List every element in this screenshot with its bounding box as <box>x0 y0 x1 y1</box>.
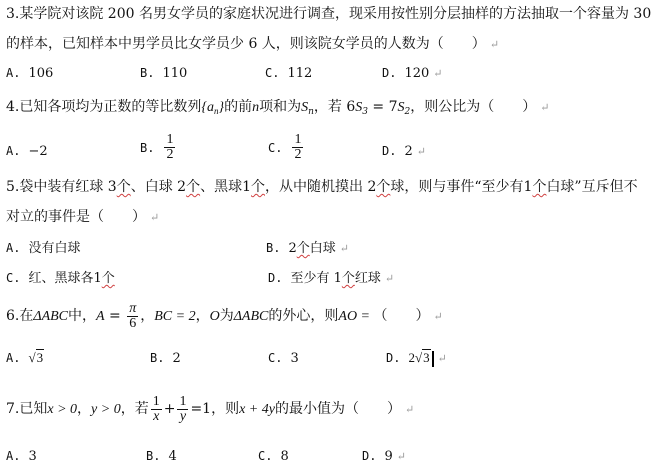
paragraph-mark-icon: ↵ <box>150 211 159 224</box>
q3-text-1: 某学院对该院 200 名男女学员的家庭状况进行调查，现采用按性别分层抽样的方法抽… <box>19 6 651 22</box>
q6-option-d: D.2√3↵ <box>386 350 447 367</box>
fraction: 1x <box>151 395 162 424</box>
paragraph-mark-icon: ↵ <box>397 450 406 463</box>
q3-option-d: D.120↵ <box>382 65 443 82</box>
q5-option-d: D.至少有 1个红球↵ <box>268 270 394 287</box>
q7-option-b: B.4 <box>146 448 177 465</box>
paragraph-mark-icon: ↵ <box>340 242 349 255</box>
q3-line2: 的样本，已知样本中男学员比女学员少 6 人，则该院女学员的人数为（ ）↵ <box>6 36 499 53</box>
q6-option-a: A.√3 <box>6 350 44 367</box>
q3-text-2: 的样本，已知样本中男学员比女学员少 6 人，则该院女学员的人数为（ ） <box>6 36 486 52</box>
paragraph-mark-icon: ↵ <box>540 101 549 114</box>
q5-option-a: A.没有白球 <box>6 240 80 257</box>
q5-line2: 对立的事件是（ ）↵ <box>6 209 159 226</box>
q5-line1: 5.袋中装有红球 3个、白球 2个、黑球1个，从中随机摸出 2个球，则与事件“至… <box>6 179 638 195</box>
text-cursor <box>432 351 434 367</box>
q7-option-c: C.8 <box>258 448 289 465</box>
q6-stem: 6.在ΔABC中，A = π6，BC = 2，O为ΔABC的外心，则AO = （… <box>6 300 443 333</box>
q4-option-b: B.12 <box>140 133 177 162</box>
q3-option-c: C.112 <box>265 65 312 82</box>
q3-number: 3. <box>6 6 19 22</box>
q7-stem: 7.已知x > 0，y > 0，若1x+1y=1，则x + 4y的最小值为（ ）… <box>6 393 414 426</box>
paragraph-mark-icon: ↵ <box>385 272 394 285</box>
q4-option-a: A.−2 <box>6 143 48 160</box>
sqrt: √3 <box>28 349 44 365</box>
sqrt: 2√3 <box>408 349 430 365</box>
paragraph-mark-icon: ↵ <box>434 310 443 323</box>
fraction: 1y <box>177 395 188 424</box>
q7-option-d: D.9↵ <box>362 448 406 465</box>
paragraph-mark-icon: ↵ <box>417 145 426 158</box>
paragraph-mark-icon: ↵ <box>405 403 414 416</box>
q3-option-b: B.110 <box>140 65 187 82</box>
q5-option-b: B.2个白球↵ <box>266 240 349 257</box>
paragraph-mark-icon: ↵ <box>438 352 447 365</box>
paragraph-mark-icon: ↵ <box>490 38 499 51</box>
fraction: 12 <box>164 133 175 162</box>
q6-option-c: C.3 <box>268 350 299 367</box>
q4-option-d: D.2↵ <box>382 143 426 160</box>
fraction: π6 <box>127 302 138 331</box>
q4-stem: 4.已知各项均为正数的等比数列{an}的前n项和为Sn，若 6S3 = 7S2，… <box>6 99 549 120</box>
q6-option-b: B.2 <box>150 350 181 367</box>
fraction: 12 <box>292 133 303 162</box>
q5-option-c: C.红、黑球各1个 <box>6 270 115 287</box>
q4-option-c: C.12 <box>268 133 305 162</box>
q3-option-a: A.106 <box>6 65 53 82</box>
q7-option-a: A.3 <box>6 448 37 465</box>
q3-line1: 3.某学院对该院 200 名男女学员的家庭状况进行调查，现采用按性别分层抽样的方… <box>6 6 651 22</box>
paragraph-mark-icon: ↵ <box>433 67 442 80</box>
